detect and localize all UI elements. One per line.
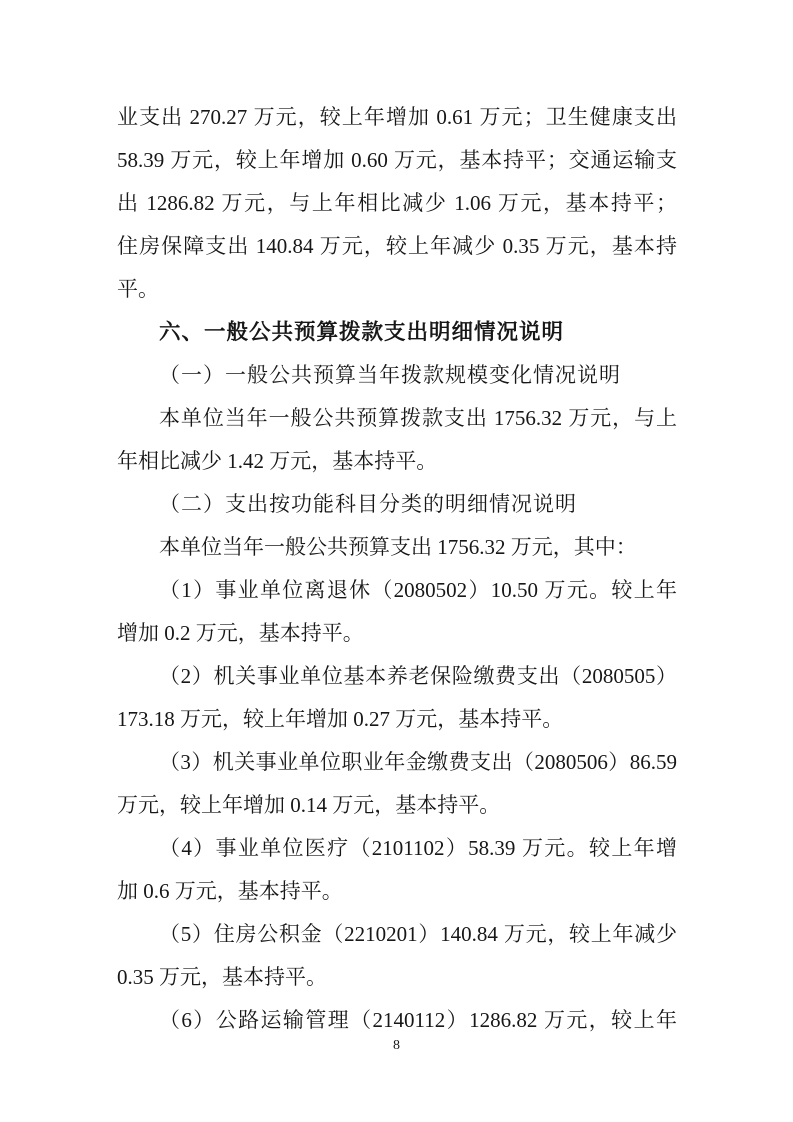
section-six-heading-emphasis: 说明 [519,320,564,344]
document-page: 业支出 270.27 万元，较上年增加 0.61 万元；卫生健康支出 58.39… [0,0,793,1122]
paragraph-line: 本单位当年一般公共预算支出 1756.32 万元，其中： [117,526,677,569]
budget-item-line: （1）事业单位离退休（2080502）10.50 万元。较上年 [117,569,677,612]
document-body: 业支出 270.27 万元，较上年增加 0.61 万元；卫生健康支出 58.39… [117,96,677,1042]
subsection-two-heading: （二）支出按功能科目分类的明细情况说明 [117,483,677,526]
paragraph-line: 年相比减少 1.42 万元，基本持平。 [117,440,677,483]
budget-item-line: （5）住房公积金（2210201）140.84 万元，较上年减少 [117,913,677,956]
paragraph-line: 住房保障支出 140.84 万元，较上年减少 0.35 万元，基本持 [117,225,677,268]
budget-item-line: 173.18 万元，较上年增加 0.27 万元，基本持平。 [117,698,677,741]
paragraph-line: 出 1286.82 万元，与上年相比减少 1.06 万元，基本持平； [117,182,677,225]
budget-item-line: 增加 0.2 万元，基本持平。 [117,612,677,655]
paragraph-line: 本单位当年一般公共预算拨款支出 1756.32 万元，与上 [117,397,677,440]
budget-item-line: 加 0.6 万元，基本持平。 [117,870,677,913]
page-number: 8 [393,1038,400,1053]
budget-item-line: （4）事业单位医疗（2101102）58.39 万元。较上年增 [117,827,677,870]
paragraph-line: 平。 [117,268,677,311]
budget-item-line: 0.35 万元，基本持平。 [117,956,677,999]
section-six-heading-text: 六、一般公共预算拨款支出明细情况 [159,320,519,344]
paragraph-line: 业支出 270.27 万元，较上年增加 0.61 万元；卫生健康支出 [117,96,677,139]
page-footer: 8 [0,1036,793,1056]
budget-item-line: （2）机关事业单位基本养老保险缴费支出（2080505） [117,655,677,698]
budget-item-line: （3）机关事业单位职业年金缴费支出（2080506）86.59 [117,741,677,784]
budget-item-line: 万元，较上年增加 0.14 万元，基本持平。 [117,784,677,827]
paragraph-line: 58.39 万元，较上年增加 0.60 万元，基本持平；交通运输支 [117,139,677,182]
subsection-one-heading: （一）一般公共预算当年拨款规模变化情况说明 [117,354,677,397]
section-six-heading: 六、一般公共预算拨款支出明细情况说明 [117,311,677,354]
